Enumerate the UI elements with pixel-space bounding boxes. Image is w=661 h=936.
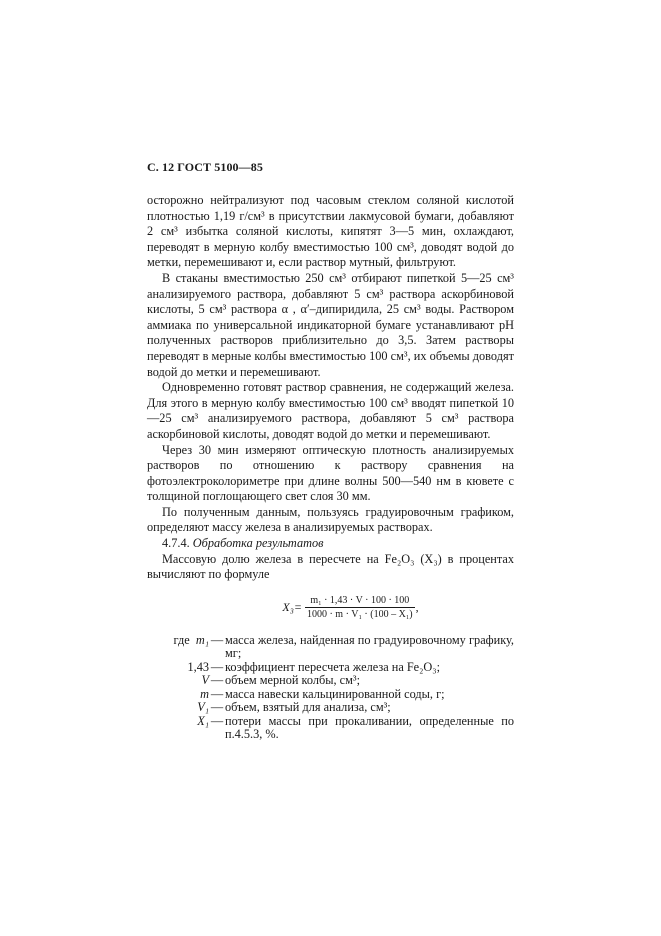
definition-text: масса навески кальцинированной соды, г;: [225, 688, 514, 702]
formula-intro: Массовую долю железа в пересчете на Fe₂O…: [147, 552, 514, 583]
document-page: С. 12 ГОСТ 5100—85 осторожно нейтрализую…: [147, 160, 514, 742]
definition-text: объем мерной колбы, см³;: [225, 674, 514, 688]
definitions-list: где m₁ — масса железа, найденная по град…: [147, 634, 514, 742]
page-header: С. 12 ГОСТ 5100—85: [147, 160, 514, 175]
section-number: 4.7.4.: [162, 536, 190, 550]
formula-numerator: m₁ · 1,43 · V · 100 · 100: [308, 595, 411, 607]
paragraph-1: осторожно нейтрализуют под часовым стекл…: [147, 193, 514, 271]
symbol-m: m: [147, 688, 209, 702]
definition-text: объем, взятый для анализа, см³;: [225, 701, 514, 715]
definition-dash: —: [209, 701, 225, 715]
definition-dash: —: [209, 688, 225, 702]
formula: X₃= m₁ · 1,43 · V · 100 · 100 1000 · m ·…: [187, 595, 514, 620]
definition-dash: —: [209, 661, 225, 675]
definition-row: где m₁ — масса железа, найденная по град…: [147, 634, 514, 661]
section-title: Обработка результатов: [193, 536, 324, 550]
symbol-1-43: 1,43: [147, 661, 209, 675]
symbol-m1: m₁: [196, 633, 209, 647]
definition-text: масса железа, найденная по градуировочно…: [225, 634, 514, 661]
paragraph-4: Через 30 мин измеряют оптическую плотнос…: [147, 443, 514, 505]
definition-dash: —: [209, 715, 225, 742]
formula-fraction: m₁ · 1,43 · V · 100 · 100 1000 · m · V₁ …: [305, 595, 415, 620]
definition-text: коэффициент пересчета железа на Fe₂O₃;: [225, 661, 514, 675]
paragraph-2: В стаканы вместимостью 250 см³ отбирают …: [147, 271, 514, 380]
definition-row: 1,43 — коэффициент пересчета железа на F…: [147, 661, 514, 675]
definition-symbol: где m₁: [147, 634, 209, 661]
definition-dash: —: [209, 674, 225, 688]
section-heading: 4.7.4. Обработка результатов: [147, 536, 514, 552]
definition-row: m — масса навески кальцинированной соды,…: [147, 688, 514, 702]
symbol-v: V: [147, 674, 209, 688]
paragraph-5: По полученным данным, пользуясь градуиро…: [147, 505, 514, 536]
symbol-x1: X₁: [147, 715, 209, 742]
formula-denominator: 1000 · m · V₁ · (100 – X₁): [305, 607, 415, 620]
definition-text: потери массы при прокаливании, определен…: [225, 715, 514, 742]
definition-row: X₁ — потери массы при прокаливании, опре…: [147, 715, 514, 742]
definition-prefix: где: [174, 633, 190, 647]
definition-dash: —: [209, 634, 225, 661]
symbol-v1: V₁: [147, 701, 209, 715]
paragraph-3: Одновременно готовят раствор сравнения, …: [147, 380, 514, 442]
formula-comma: ,: [416, 600, 419, 615]
definition-row: V₁ — объем, взятый для анализа, см³;: [147, 701, 514, 715]
definition-row: V — объем мерной колбы, см³;: [147, 674, 514, 688]
formula-lhs: X₃=: [282, 600, 302, 615]
